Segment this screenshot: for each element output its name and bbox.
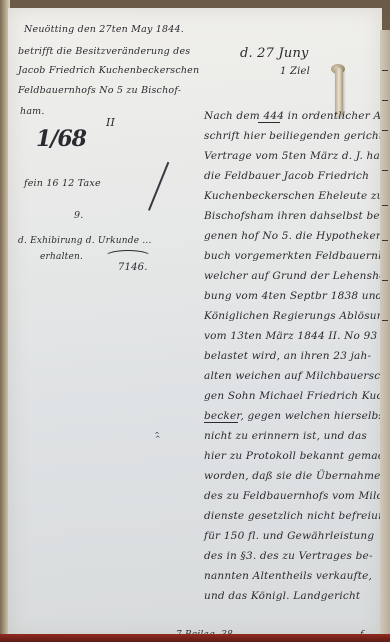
left-header-line-4: Feldbauernhofs No 5 zu Bischof-	[18, 81, 181, 100]
adjacent-page-edge	[380, 30, 390, 640]
body-line: die Feldbauer Jacob Friedrich	[204, 166, 369, 186]
body-line: Nach dem 444 in ordentlicher Ab-	[204, 106, 390, 126]
body-line: becker, gegen welchen hierselbst	[204, 406, 388, 426]
body-line: alten weichen auf Milchbauerschaft-	[204, 366, 390, 386]
left-header-line-3: Jacob Friedrich Kuchenbeckerschen	[18, 61, 199, 80]
note-line-2: erhalten.	[40, 248, 83, 267]
body-line: welcher auf Grund der Lehensherrn-	[204, 266, 390, 286]
name-underline	[204, 422, 238, 423]
roman-numeral: II	[106, 116, 115, 129]
fee-line: fein 16 12 Taxe	[24, 174, 101, 193]
note-mark: 9.	[74, 206, 83, 225]
margin-mark: ‹‹	[151, 430, 162, 439]
body-line: worden, daß sie die Übernahme	[204, 466, 381, 486]
left-header-line-5: ham.	[20, 102, 45, 121]
body-line: genen hof No 5. die Hypotheken-	[204, 226, 387, 246]
body-line: nannten Altentheils verkaufte,	[204, 566, 372, 586]
scan-background: Neuötting den 27ten May 1844. betrifft d…	[0, 0, 390, 642]
body-line: hier zu Protokoll bekannt gemacht	[204, 446, 390, 466]
body-line: nicht zu erinnern ist, und das	[204, 426, 367, 446]
body-line: des in §3. des zu Vertrages be-	[204, 546, 373, 566]
body-line: und das Königl. Landgericht	[204, 586, 360, 606]
date-sub: 1 Ziel	[280, 62, 310, 82]
body-line: dienste gesetzlich nicht befreiung	[204, 506, 390, 526]
body-line: schrift hier beiliegenden gerichtlichen	[204, 126, 390, 146]
body-line: buch vorgemerkten Feldbauernhof,	[204, 246, 390, 266]
ledger-page: Neuötting den 27ten May 1844. betrifft d…	[8, 8, 382, 638]
left-header-line-2: betrifft die Besitzveränderung des	[18, 42, 190, 61]
body-line: gen Sohn Michael Friedrich Kuchen-	[204, 386, 390, 406]
diagonal-stroke	[148, 162, 169, 211]
note-number: 7146.	[118, 258, 148, 277]
entry-number: 1/68	[36, 126, 86, 152]
body-line: Königlichen Regierungs Ablösung	[204, 306, 390, 326]
left-header-line-1: Neuötting den 27ten May 1844.	[24, 20, 184, 39]
body-line: belastet wird, an ihren 23 jah-	[204, 346, 371, 366]
body-line: Kuchenbeckerschen Eheleute zu	[204, 186, 384, 206]
note-line-1: d. Exhibirung d. Urkunde ...	[18, 232, 152, 251]
body-line: des zu Feldbauernhofs vom Milchbau-	[204, 486, 390, 506]
body-line: Bischofsham ihren dahselbst bele-	[204, 206, 390, 226]
amount-underline	[258, 122, 280, 123]
body-line: vom 13ten März 1844 II. No 93 März	[204, 326, 390, 346]
body-line: für 150 fl. und Gewährleistung	[204, 526, 374, 546]
body-line: bung vom 4ten Septbr 1838 und der	[204, 286, 390, 306]
book-bottom-edge	[0, 634, 390, 642]
body-line: Vertrage vom 5ten März d. J. haben	[204, 146, 390, 166]
